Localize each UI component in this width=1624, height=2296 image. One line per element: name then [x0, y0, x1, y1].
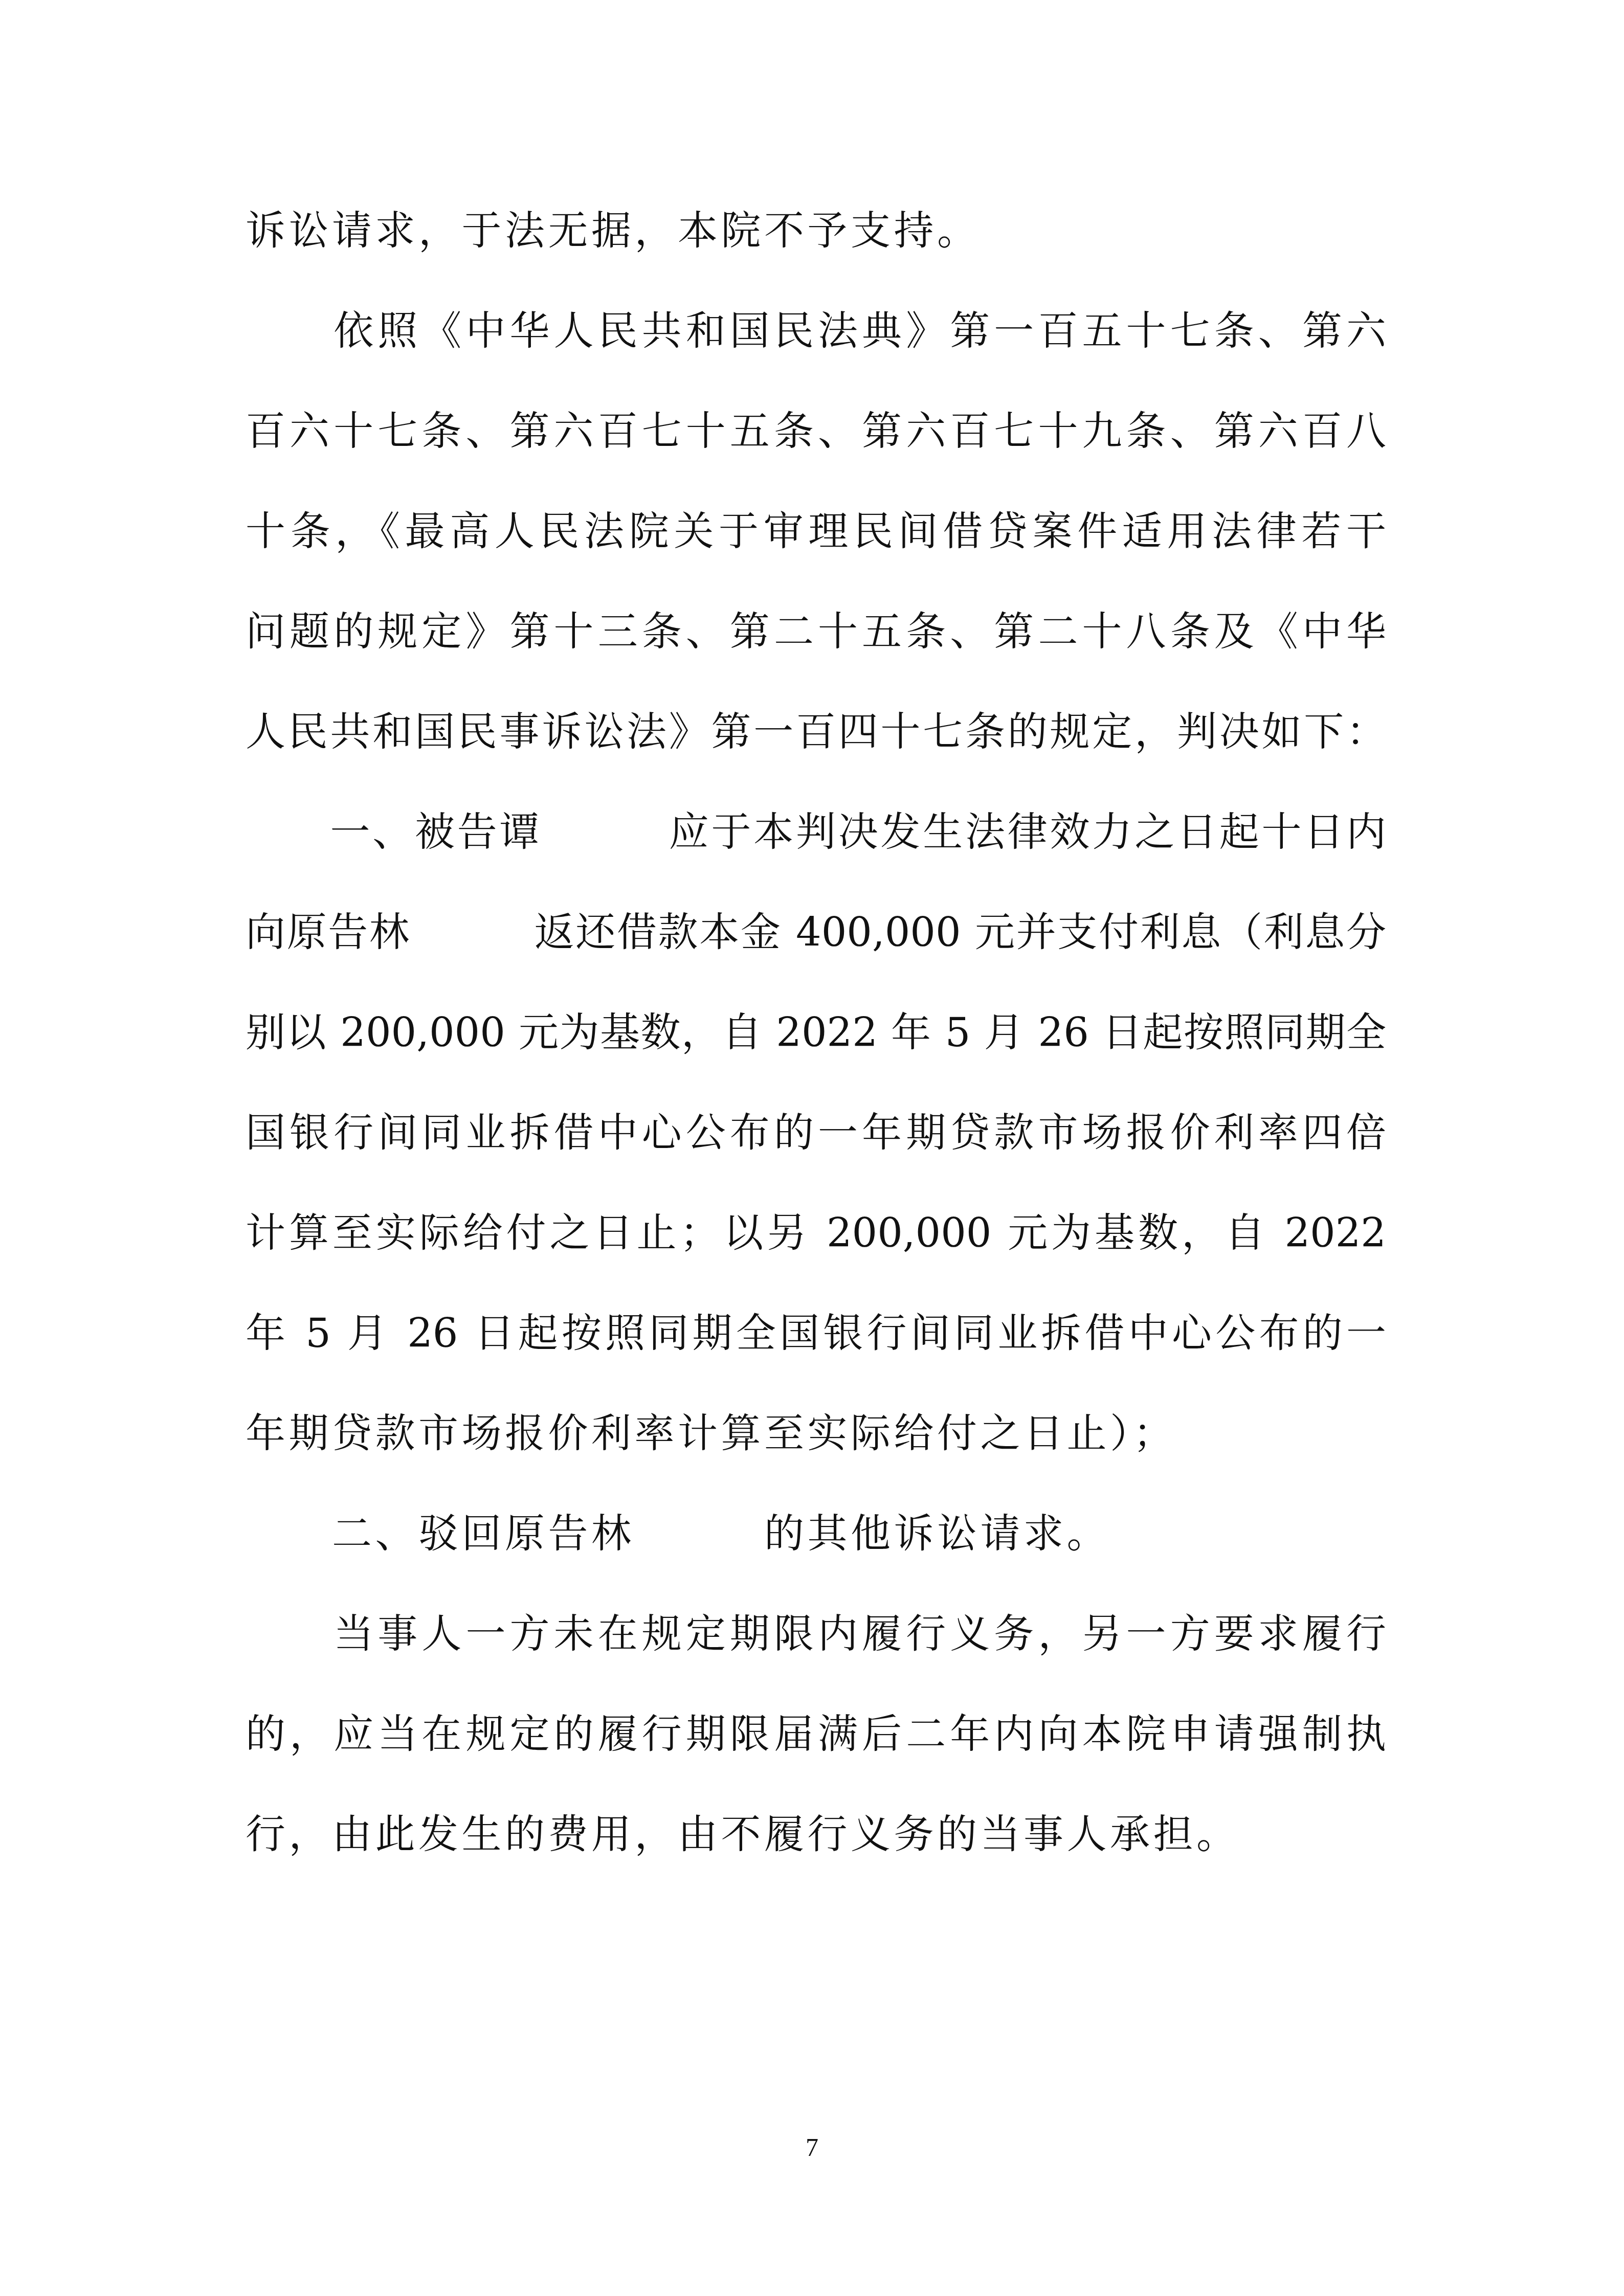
body-line-7: 一、被告谭 应于本判决发生法律效力之日起十日内 — [246, 802, 1386, 863]
body-line-4: 十条，《最高人民法院关于审理民间借贷案件适用法律若干 — [246, 501, 1386, 562]
body-line-11: 计算至实际给付之日止；以另 200,000 元为基数，自 2022 — [246, 1203, 1386, 1264]
body-line-5: 问题的规定》第十三条、第二十五条、第二十八条及《中华 — [246, 601, 1386, 663]
body-line-10: 国银行间同业拆借中心公布的一年期贷款市场报价利率四倍 — [246, 1102, 1386, 1164]
document-page: 诉讼请求，于法无据，本院不予支持。 依照《中华人民共和国民法典》第一百五十七条、… — [0, 0, 1624, 2296]
body-line-12: 年 5 月 26 日起按照同期全国银行间同业拆借中心公布的一 — [246, 1303, 1386, 1364]
body-line-6: 人民共和国民事诉讼法》第一百四十七条的规定，判决如下： — [246, 702, 1386, 763]
body-line-13: 年期贷款市场报价利率计算至实际给付之日止）； — [246, 1403, 1386, 1465]
body-line-17: 行，由此发生的费用，由不履行义务的当事人承担。 — [246, 1804, 1386, 1865]
body-line-14: 二、驳回原告林 的其他诉讼请求。 — [246, 1503, 1386, 1565]
body-line-1: 诉讼请求，于法无据，本院不予支持。 — [246, 200, 1386, 262]
body-line-3: 百六十七条、第六百七十五条、第六百七十九条、第六百八 — [246, 401, 1386, 462]
body-line-9: 别以 200,000 元为基数，自 2022 年 5 月 26 日起按照同期全 — [246, 1002, 1386, 1064]
body-line-2: 依照《中华人民共和国民法典》第一百五十七条、第六 — [246, 301, 1386, 362]
page-number: 7 — [0, 2132, 1624, 2162]
body-line-15: 当事人一方未在规定期限内履行义务，另一方要求履行 — [246, 1604, 1386, 1665]
body-line-16: 的，应当在规定的履行期限届满后二年内向本院申请强制执 — [246, 1704, 1386, 1765]
body-line-8: 向原告林 返还借款本金 400,000 元并支付利息（利息分 — [246, 902, 1386, 963]
